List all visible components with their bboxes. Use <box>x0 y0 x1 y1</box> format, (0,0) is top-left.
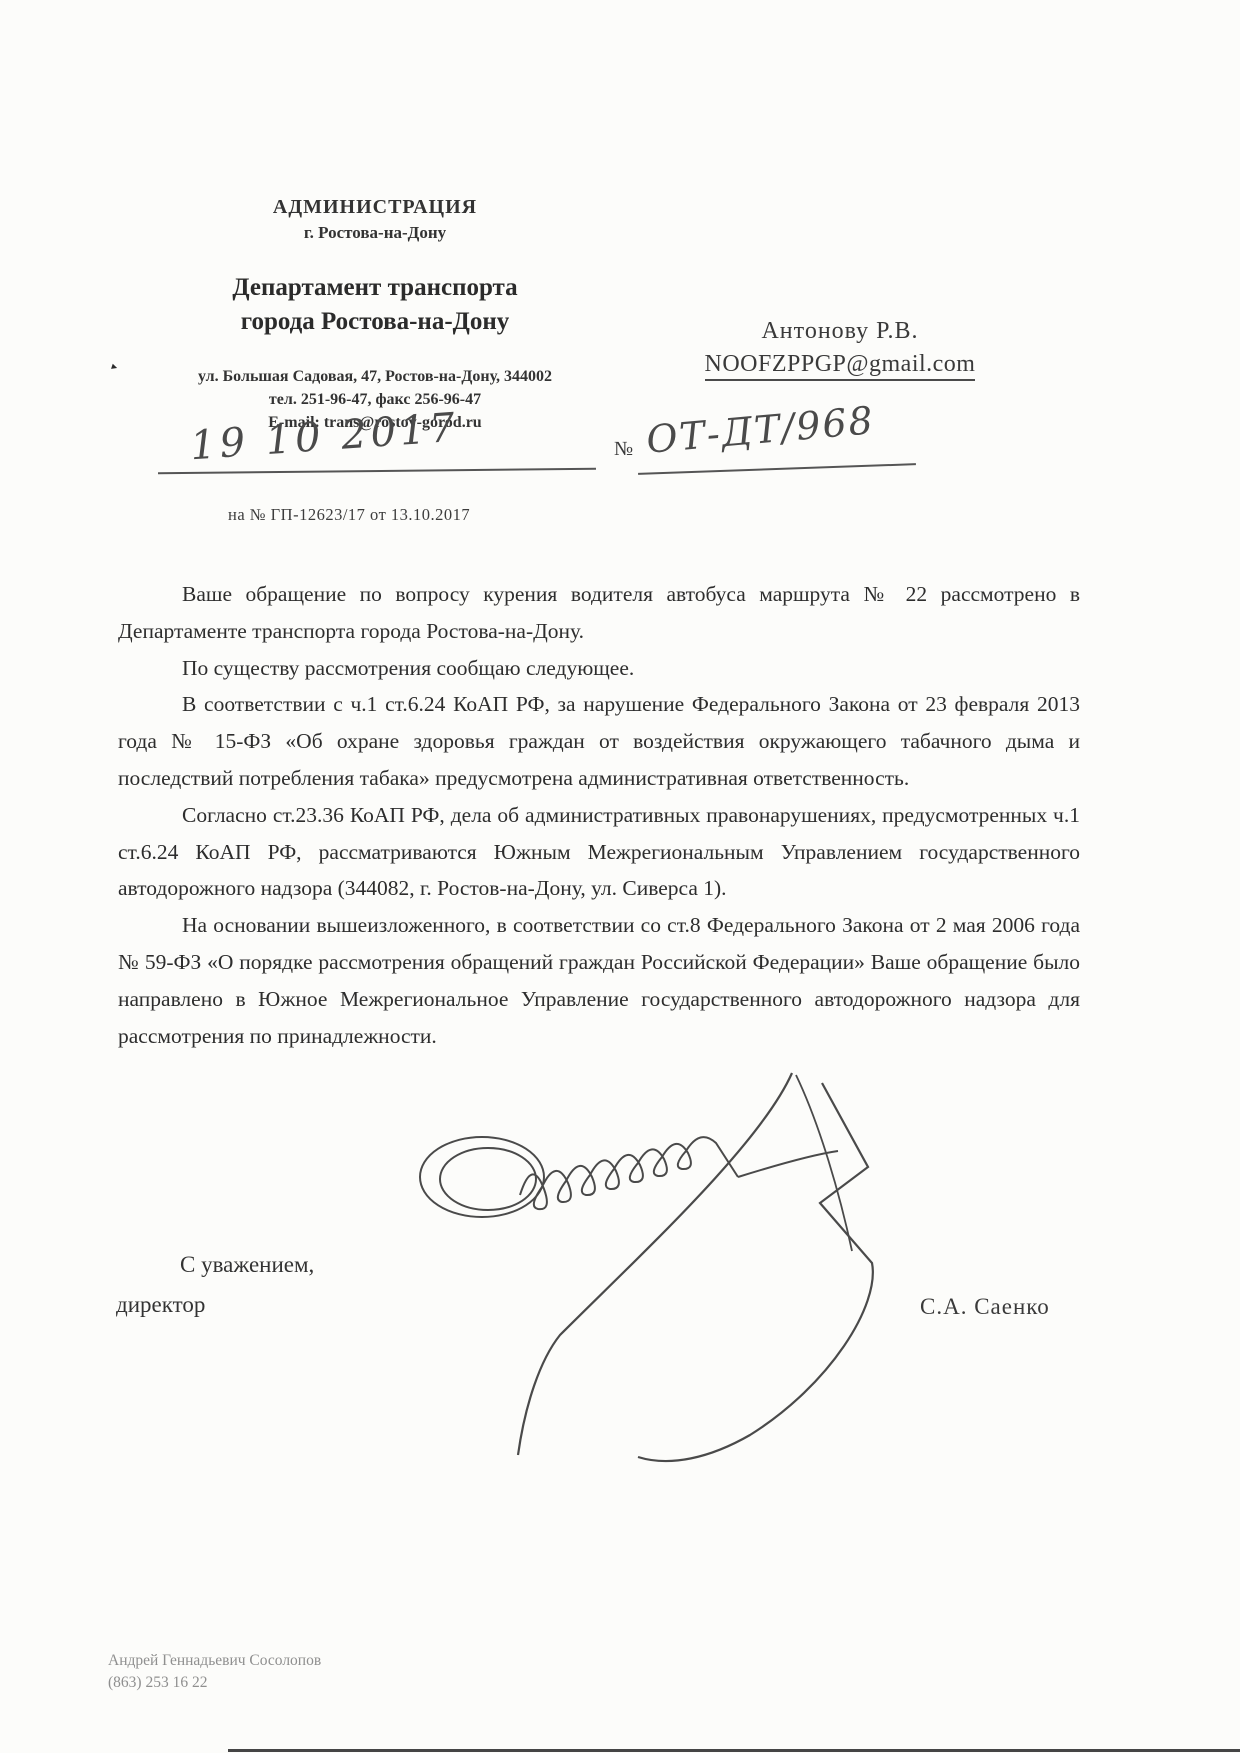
department-name-line1: Департамент транспорта <box>130 271 620 305</box>
handwritten-outgoing-number: ОТ-ДТ/968 <box>645 398 877 462</box>
executor-block: Андрей Геннадьевич Сосолопов (863) 253 1… <box>108 1650 321 1694</box>
paragraph-5: На основании вышеизложенного, в соответс… <box>118 907 1080 1054</box>
department-name: Департамент транспорта города Ростова-на… <box>130 271 620 339</box>
letterhead-address: ул. Большая Садовая, 47, Ростов-на-Дону,… <box>130 365 620 388</box>
signature-scrawl-graphic <box>400 1055 900 1475</box>
recipient-name: Антонову Р.В. <box>640 318 1040 345</box>
scan-edge-artifact <box>228 1749 1240 1752</box>
incoming-reference-line: на № ГП-12623/17 от 13.10.2017 <box>228 505 470 525</box>
letter-body: Ваше обращение по вопросу курения водите… <box>118 576 1080 1054</box>
recipient-block: Антонову Р.В. NOOFZPPGP@gmail.com <box>640 318 1040 381</box>
closing-phrase: С уважением, <box>180 1252 314 1278</box>
signer-name: С.А. Саенко <box>920 1294 1050 1320</box>
letterhead-phone: тел. 251-96-47, факс 256-96-47 <box>130 388 620 411</box>
recipient-email: NOOFZPPGP@gmail.com <box>705 351 976 381</box>
number-sign-label: № <box>614 438 633 461</box>
department-name-line2: города Ростова-на-Дону <box>130 305 620 339</box>
paragraph-1: Ваше обращение по вопросу курения водите… <box>118 576 1080 650</box>
org-name-line2: г. Ростова-на-Дону <box>130 223 620 243</box>
scanned-letter-page: АДМИНИСТРАЦИЯ г. Ростова-на-Дону Департа… <box>0 0 1240 1753</box>
executor-name: Андрей Геннадьевич Сосолопов <box>108 1650 321 1672</box>
paragraph-2: По существу рассмотрения сообщаю следующ… <box>118 650 1080 687</box>
paragraph-4: Согласно ст.23.36 КоАП РФ, дела об админ… <box>118 797 1080 907</box>
scan-speck: ▸ <box>110 359 119 373</box>
letterhead: АДМИНИСТРАЦИЯ г. Ростова-на-Дону Департа… <box>130 196 620 434</box>
date-underline <box>158 468 596 475</box>
paragraph-3: В соответствии с ч.1 ст.6.24 КоАП РФ, за… <box>118 686 1080 796</box>
executor-phone: (863) 253 16 22 <box>108 1672 321 1694</box>
org-name-line1: АДМИНИСТРАЦИЯ <box>130 196 620 219</box>
number-underline <box>638 463 916 475</box>
signer-title: директор <box>116 1292 205 1318</box>
